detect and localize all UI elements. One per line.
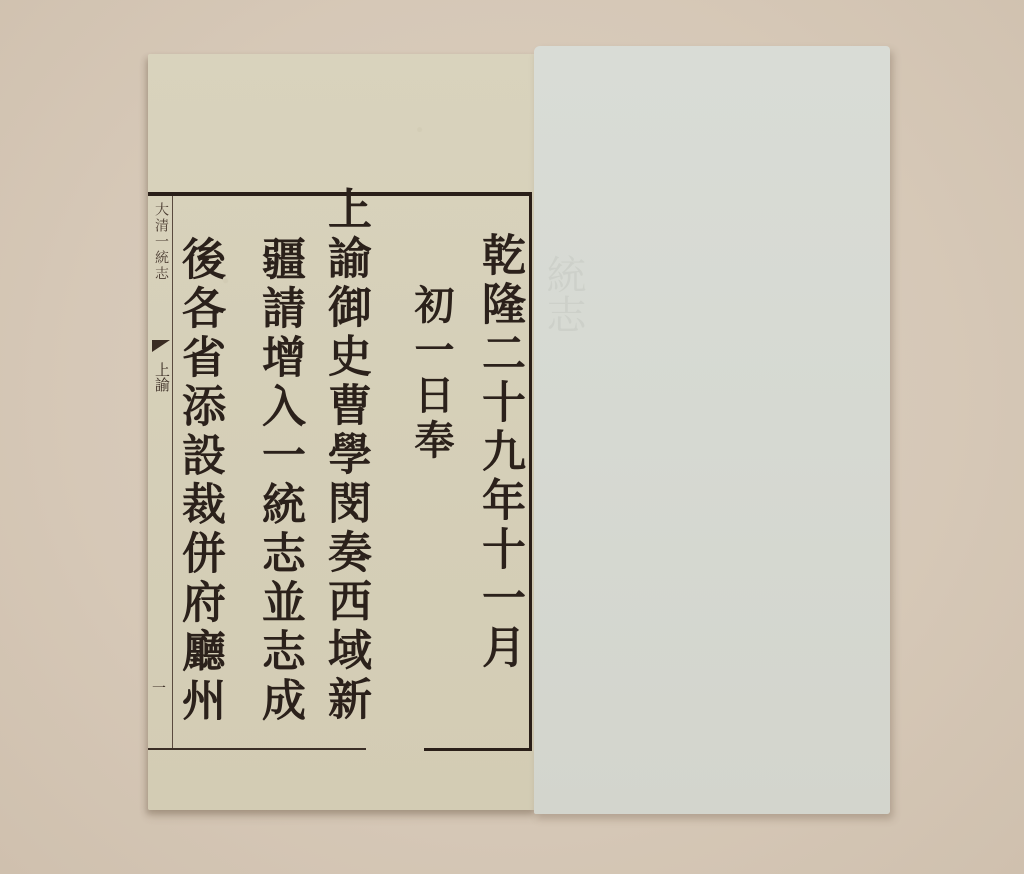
text-column-4: 疆請增入一統志並志成 [254,236,304,726]
frame-bottom-border-left [148,748,366,750]
frame-bottom-border-right [424,748,532,751]
banxin-book-title: 大清一統志 [150,202,170,282]
banxin-section-title: 上諭 [152,362,171,392]
text-column-3: 上諭御史曹學閔奏西域新 [320,186,370,725]
book-photo-scene: 大清一統志 上諭 一 乾隆二十九年十一月 初一日奉 上諭御史曹學閔奏西域新 疆請… [0,0,1024,874]
page-number: 一 [152,678,166,698]
text-column-5: 後各省添設裁併府廳州 [174,236,224,726]
banxin-divider-line [172,196,173,748]
right-blank-page: 統志 [534,46,890,814]
left-printed-page: 大清一統志 上諭 一 乾隆二十九年十一月 初一日奉 上諭御史曹學閔奏西域新 疆請… [148,54,536,810]
text-column-1: 乾隆二十九年十一月 [474,232,524,673]
text-column-2: 初一日奉 [406,284,456,464]
frame-right-border [529,192,532,748]
fish-tail-mark-icon [152,340,170,352]
ink-show-through: 統志 [540,254,586,334]
printed-frame: 大清一統志 上諭 一 乾隆二十九年十一月 初一日奉 上諭御史曹學閔奏西域新 疆請… [148,192,532,808]
